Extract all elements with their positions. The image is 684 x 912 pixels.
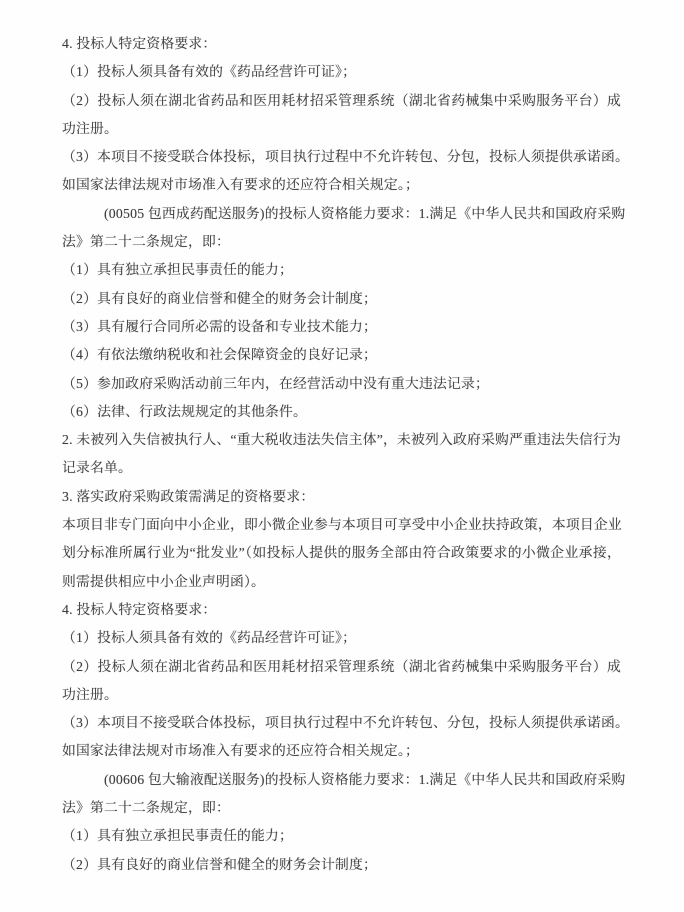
text-line: （1）投标人须具备有效的《药品经营许可证》； [62,58,621,86]
text-line: （4）有依法缴纳税收和社会保障资金的良好记录； [62,341,621,369]
text-line: （3）具有履行合同所必需的设备和专业技术能力； [62,313,621,341]
text-line: （1）具有独立承担民事责任的能力； [62,256,621,284]
text-line: （2）投标人须在湖北省药品和医用耗材招采管理系统（湖北省药械集中采购服务平台）成 [62,87,621,115]
text-line: 如国家法律法规对市场准入有要求的还应符合相关规定。； [62,737,621,765]
text-line: （2）具有良好的商业信誉和健全的财务会计制度； [62,851,621,879]
text-line: 如国家法律法规对市场准入有要求的还应符合相关规定。； [62,171,621,199]
text-line: （3）本项目不接受联合体投标，项目执行过程中不允许转包、分包，投标人须提供承诺函… [62,709,621,737]
text-line: 记录名单。 [62,454,621,482]
document-page: 4. 投标人特定资格要求：（1）投标人须具备有效的《药品经营许可证》；（2）投标… [0,0,684,912]
text-line: （3）本项目不接受联合体投标，项目执行过程中不允许转包、分包，投标人须提供承诺函… [62,143,621,171]
text-line: 2. 未被列入失信被执行人、“重大税收违法失信主体”，未被列入政府采购严重违法失… [62,426,621,454]
text-line: 4. 投标人特定资格要求： [62,596,621,624]
text-line: （1）投标人须具备有效的《药品经营许可证》； [62,624,621,652]
text-line: （2）投标人须在湖北省药品和医用耗材招采管理系统（湖北省药械集中采购服务平台）成 [62,653,621,681]
text-line: 法》第二十二条规定，即： [62,228,621,256]
text-line: 本项目非专门面向中小企业，即小微企业参与本项目可享受中小企业扶持政策，本项目企业 [62,511,621,539]
text-line: 划分标准所属行业为“批发业”（如投标人提供的服务全部由符合政策要求的小微企业承接… [62,539,621,567]
text-line: (00606 包大输液配送服务)的投标人资格能力要求：1.满足《中华人民共和国政… [62,766,621,794]
text-line: （5）参加政府采购活动前三年内，在经营活动中没有重大违法记录； [62,370,621,398]
text-line: 则需提供相应中小企业声明函）。 [62,568,621,596]
text-line: 4. 投标人特定资格要求： [62,30,621,58]
text-line: （6）法律、行政法规规定的其他条件。 [62,398,621,426]
document-content: 4. 投标人特定资格要求：（1）投标人须具备有效的《药品经营许可证》；（2）投标… [62,30,621,879]
text-line: 法》第二十二条规定，即： [62,794,621,822]
text-line: 3. 落实政府采购政策需满足的资格要求： [62,483,621,511]
text-line: （1）具有独立承担民事责任的能力； [62,822,621,850]
text-line: （2）具有良好的商业信誉和健全的财务会计制度； [62,285,621,313]
text-line: 功注册。 [62,681,621,709]
text-line: 功注册。 [62,115,621,143]
text-line: (00505 包西成药配送服务)的投标人资格能力要求：1.满足《中华人民共和国政… [62,200,621,228]
